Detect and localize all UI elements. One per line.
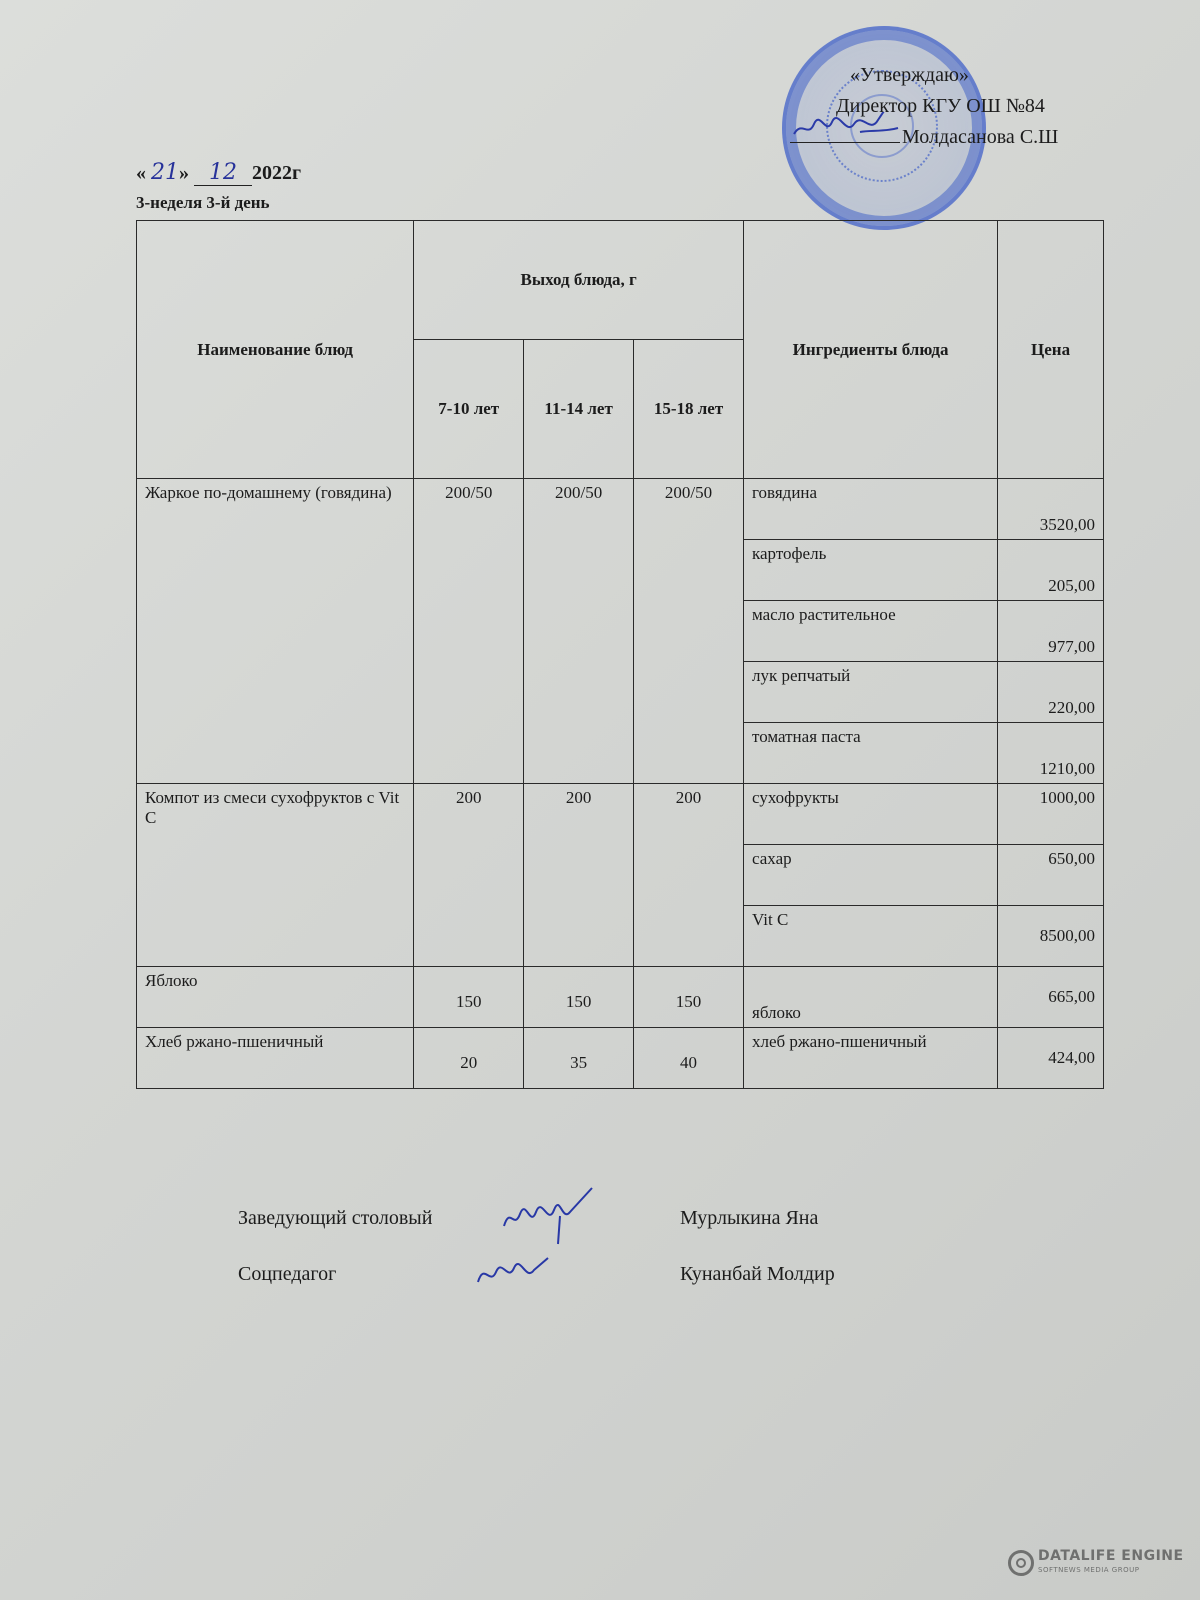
approval-title: «Утверждаю» <box>820 60 1130 91</box>
ingredient-price: 205,00 <box>998 540 1104 601</box>
ingredient-name: картофель <box>744 540 998 601</box>
table-row: Компот из смеси сухофруктов с Vit C 200 … <box>137 784 1104 845</box>
dish-name: Компот из смеси сухофруктов с Vit C <box>137 784 414 967</box>
director-signature <box>790 124 900 143</box>
yield-15-18: 150 <box>634 967 744 1028</box>
header-ingredients: Ингредиенты блюда <box>744 221 998 479</box>
approval-signatory: Молдасанова С.Ш <box>820 122 1130 153</box>
yield-11-14: 150 <box>524 967 634 1028</box>
header-price: Цена <box>998 221 1104 479</box>
yield-7-10: 20 <box>414 1028 524 1089</box>
signature-scribble-icon <box>474 1252 554 1292</box>
ingredient-price: 1000,00 <box>998 784 1104 845</box>
yield-15-18: 200/50 <box>634 479 744 784</box>
ingredient-name: сахар <box>744 845 998 906</box>
ingredient-price: 3520,00 <box>998 479 1104 540</box>
header-age-7-10: 7-10 лет <box>414 340 524 479</box>
director-name: Молдасанова С.Ш <box>902 126 1058 148</box>
yield-7-10: 200/50 <box>414 479 524 784</box>
signature-scribble-icon <box>790 112 900 142</box>
yield-11-14: 200 <box>524 784 634 967</box>
ingredient-name: Vit C <box>744 906 998 967</box>
dish-name: Яблоко <box>137 967 414 1028</box>
ingredient-name: сухофрукты <box>744 784 998 845</box>
signer-name: Кунанбай Молдир <box>680 1246 835 1302</box>
header-yield: Выход блюда, г <box>414 221 744 340</box>
header-age-11-14: 11-14 лет <box>524 340 634 479</box>
ingredient-price: 650,00 <box>998 845 1104 906</box>
date-year: 2022г <box>252 162 301 184</box>
ingredient-price: 220,00 <box>998 662 1104 723</box>
ingredient-name: хлеб ржано-пшеничный <box>744 1028 998 1089</box>
watermark-title: DATALIFE ENGINE <box>1038 1548 1184 1564</box>
header-dish-name: Наименование блюд <box>137 221 414 479</box>
yield-7-10: 200 <box>414 784 524 967</box>
yield-11-14: 35 <box>524 1028 634 1089</box>
yield-15-18: 200 <box>634 784 744 967</box>
table-row: Хлеб ржано-пшеничный 20 35 40 хлеб ржано… <box>137 1028 1104 1089</box>
signer-name: Мурлыкина Яна <box>680 1190 818 1246</box>
signer-role: Соцпедагог <box>238 1246 336 1302</box>
ingredient-name: яблоко <box>744 967 998 1028</box>
date-month: 12 <box>209 160 237 185</box>
approval-block: «Утверждаю» Директор КГУ ОШ №84 Молдасан… <box>820 60 1130 153</box>
ingredient-price: 8500,00 <box>998 906 1104 967</box>
header-age-15-18: 15-18 лет <box>634 340 744 479</box>
yield-15-18: 40 <box>634 1028 744 1089</box>
watermark-subtitle: SOFTNEWS MEDIA GROUP <box>1038 1566 1139 1574</box>
dish-name: Жаркое по-домашнему (говядина) <box>137 479 414 784</box>
table-row: Яблоко 150 150 150 яблоко 665,00 <box>137 967 1104 1028</box>
ingredient-price: 424,00 <box>998 1028 1104 1089</box>
ingredient-price: 1210,00 <box>998 723 1104 784</box>
yield-7-10: 150 <box>414 967 524 1028</box>
datalife-logo-icon <box>1008 1550 1034 1576</box>
signature-scribble-icon <box>500 1186 600 1246</box>
document-date: « 21» 122022г <box>136 160 301 186</box>
yield-11-14: 200/50 <box>524 479 634 784</box>
ingredient-name: томатная паста <box>744 723 998 784</box>
dish-name: Хлеб ржано-пшеничный <box>137 1028 414 1089</box>
ingredient-name: масло растительное <box>744 601 998 662</box>
menu-table: Наименование блюд Выход блюда, г Ингреди… <box>136 220 1104 1089</box>
ingredient-price: 665,00 <box>998 967 1104 1028</box>
signer-role: Заведующий столовый <box>238 1190 432 1246</box>
ingredient-name: говядина <box>744 479 998 540</box>
ingredient-price: 977,00 <box>998 601 1104 662</box>
date-day: 21 <box>151 160 179 185</box>
table-row: Жаркое по-домашнему (говядина) 200/50 20… <box>137 479 1104 540</box>
ingredient-name: лук репчатый <box>744 662 998 723</box>
week-day-label: 3-неделя 3-й день <box>136 193 270 213</box>
